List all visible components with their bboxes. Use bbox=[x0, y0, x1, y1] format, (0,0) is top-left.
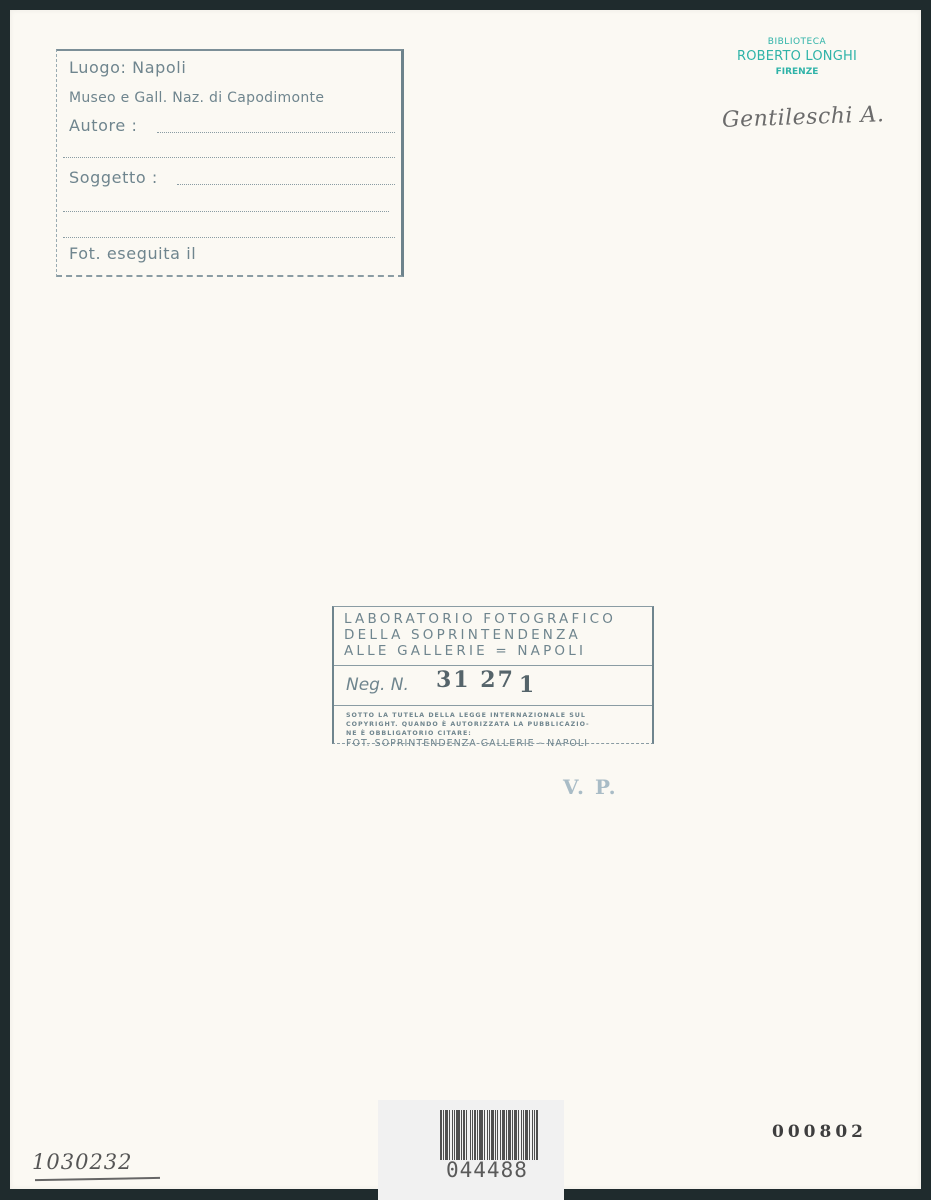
dotted-line bbox=[63, 211, 389, 212]
initials-stamp: V. P. bbox=[563, 775, 618, 799]
neg-label: Neg. N. bbox=[346, 675, 409, 695]
barcode-label: 044488 bbox=[378, 1100, 564, 1200]
neg-number-main: 31 27 bbox=[436, 667, 515, 693]
lab-stamp-footer: FOT. SOPRINTENDENZA GALLERIE - NAPOLI bbox=[346, 738, 588, 749]
dotted-line bbox=[63, 157, 395, 158]
dotted-line bbox=[63, 237, 395, 238]
copyright-notice: SOTTO LA TUTELA DELLA LEGGE INTERNAZIONA… bbox=[346, 711, 590, 738]
soggetto-dotted-line bbox=[177, 184, 395, 185]
lab-header-line: DELLA SOPRINTENDENZA bbox=[344, 627, 616, 643]
copyright-line: COPYRIGHT. QUANDO È AUTORIZZATA LA PUBBL… bbox=[346, 720, 590, 729]
luogo-text: Luogo: Napoli bbox=[69, 58, 395, 77]
divider bbox=[334, 665, 652, 666]
neg-number: 31 271 bbox=[436, 667, 536, 693]
barcode-number: 044488 bbox=[446, 1158, 528, 1182]
lab-stamp: LABORATORIO FOTOGRAFICO DELLA SOPRINTEND… bbox=[332, 606, 654, 744]
lab-stamp-header: LABORATORIO FOTOGRAFICO DELLA SOPRINTEND… bbox=[344, 611, 616, 659]
catalogue-stamp: Luogo: Napoli Museo e Gall. Naz. di Capo… bbox=[56, 49, 404, 277]
photo-verso-sheet: Luogo: Napoli Museo e Gall. Naz. di Capo… bbox=[10, 10, 921, 1189]
inventory-number: 1030232 bbox=[32, 1150, 133, 1174]
fot-label: Fot. eseguita il bbox=[69, 244, 395, 263]
neg-number-last: 1 bbox=[519, 672, 536, 698]
barcode-icon bbox=[440, 1110, 552, 1160]
lab-header-line: LABORATORIO FOTOGRAFICO bbox=[344, 611, 616, 627]
library-stamp-line2: ROBERTO LONGHI bbox=[722, 49, 872, 64]
library-stamp: BIBLIOTECA ROBERTO LONGHI FIRENZE bbox=[722, 37, 872, 77]
copyright-line: SOTTO LA TUTELA DELLA LEGGE INTERNAZIONA… bbox=[346, 711, 590, 720]
copyright-line: NE È OBBLIGATORIO CITARE: bbox=[346, 729, 590, 738]
autore-dotted-line bbox=[157, 132, 395, 133]
serial-number: 000802 bbox=[772, 1122, 867, 1142]
library-stamp-line3: FIRENZE bbox=[722, 67, 872, 77]
handwritten-author: Gentileschi A. bbox=[722, 102, 885, 133]
library-stamp-line1: BIBLIOTECA bbox=[722, 37, 872, 47]
divider bbox=[334, 705, 652, 706]
lab-header-line: ALLE GALLERIE = NAPOLI bbox=[344, 643, 616, 659]
inventory-underline bbox=[35, 1177, 160, 1181]
museum-text: Museo e Gall. Naz. di Capodimonte bbox=[69, 90, 395, 106]
